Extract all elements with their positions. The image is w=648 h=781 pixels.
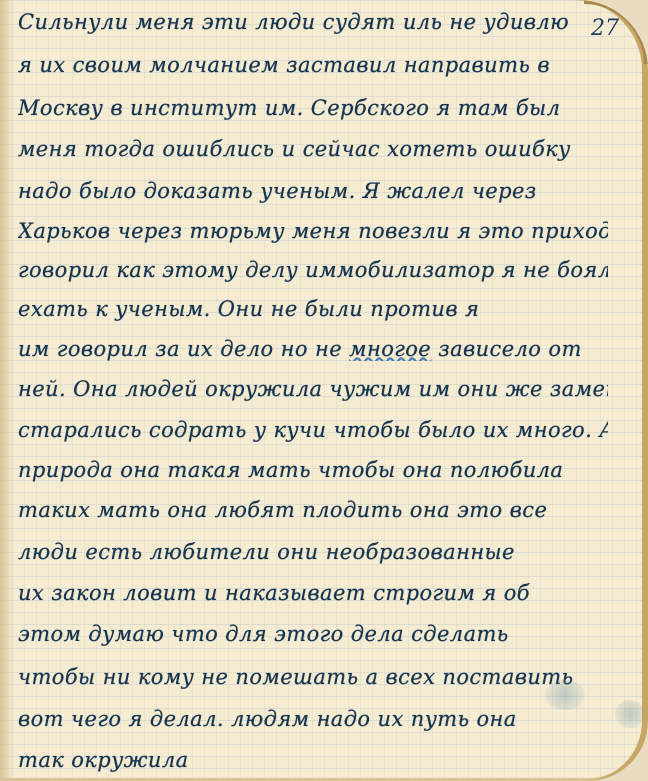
handwritten-line: ехать к ученым. Они не были против я [18,297,608,321]
handwritten-line: говорил как этому делу иммобилизатор я н… [18,258,608,282]
handwritten-line: меня тогда ошиблись и сейчас хотеть ошиб… [18,137,608,161]
handwritten-line: так окружила [18,748,608,772]
handwritten-line: их закон ловит и наказывает строгим я об [18,581,608,605]
handwritten-line: таких мать она любят плодить она это все [18,498,608,522]
handwritten-line: вот чего я делал. людям надо их путь она [18,707,608,731]
notebook-page: 27 Сильнули меня эти люди судят иль не у… [0,0,648,781]
ink-stain [545,680,585,710]
handwritten-line: старались содрать у кучи чтобы было их м… [18,418,608,442]
handwritten-line-underlined: им говорил за их дело но не многое завис… [18,337,608,361]
handwritten-line: природа она такая мать чтобы она полюбил… [18,458,608,482]
handwritten-line: чтобы ни кому не помешать а всех постави… [18,665,608,689]
ink-stain [615,700,645,728]
handwritten-line: этом думаю что для этого дела сделать [18,622,608,646]
handwritten-line: Сильнули меня эти люди судят иль не удив… [18,10,608,34]
underlined-word: многое [349,337,431,361]
handwritten-line: Москву в институт им. Сербского я там бы… [18,96,608,120]
line-text-after: зависело от [431,337,582,361]
handwritten-line: я их своим молчанием заставил направить … [18,53,608,77]
handwritten-line: надо было доказать ученым. Я жалел через [18,179,608,203]
handwritten-line: люди есть любители они необразованные [18,540,608,564]
line-text-before: им говорил за их дело но не [18,337,349,361]
handwritten-line: ней. Она людей окружила чужим им они же … [18,377,608,401]
handwritten-line: Харьков через тюрьму меня повезли я это … [18,219,608,243]
